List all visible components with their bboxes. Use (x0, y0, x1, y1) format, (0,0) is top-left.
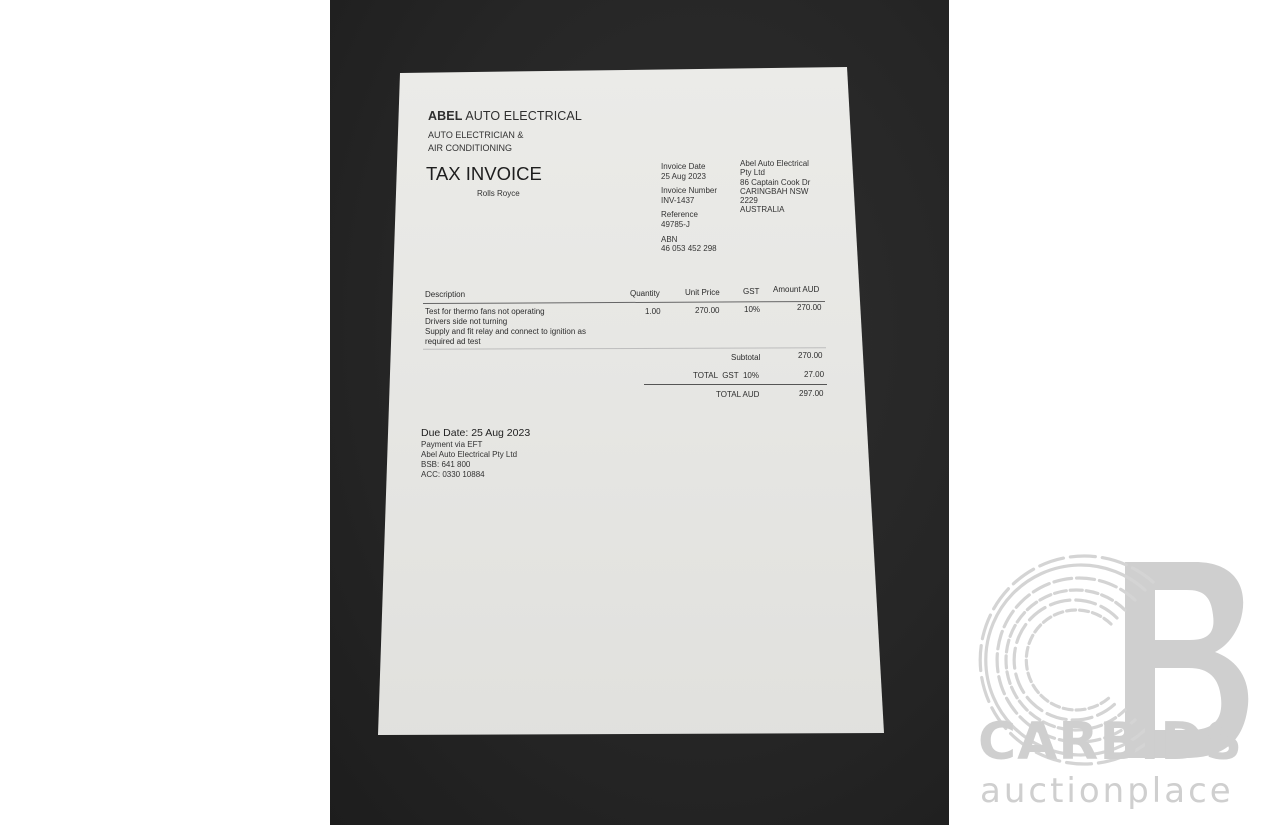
total-divider (644, 384, 827, 385)
col-header-amount: Amount AUD (773, 285, 819, 294)
gst-total-label: TOTAL GST 10% (693, 371, 759, 380)
company-name-rest: AUTO ELECTRICAL (465, 109, 582, 123)
gst-total-value: 27.00 (804, 370, 824, 379)
col-header-quantity: Quantity (630, 289, 660, 298)
table-row-quantity: 1.00 (645, 307, 661, 316)
invoice-number: INV-1437 (661, 196, 694, 205)
reference-label: Reference (661, 210, 698, 219)
col-header-description: Description (425, 290, 465, 299)
subtotal-value: 270.00 (798, 351, 822, 360)
table-row-unit-price: 270.00 (695, 306, 719, 315)
due-date: Due Date: 25 Aug 2023 (421, 427, 530, 439)
company-tagline-2: AIR CONDITIONING (428, 143, 512, 153)
payment-method: Payment via EFT (421, 440, 482, 449)
company-name-bold: ABEL (428, 109, 462, 123)
total-value: 297.00 (799, 389, 823, 398)
col-header-gst: GST (743, 287, 759, 296)
total-label: TOTAL AUD (716, 390, 759, 399)
document-title: TAX INVOICE (426, 163, 542, 185)
address-line: CARINGBAH NSW (740, 187, 810, 196)
row-divider (423, 347, 826, 349)
abn-label: ABN (661, 235, 677, 244)
supplier-address: Abel Auto Electrical Pty Ltd 86 Captain … (740, 159, 810, 215)
payment-acc: ACC: 0330 10884 (421, 470, 485, 479)
payment-bsb: BSB: 641 800 (421, 460, 470, 469)
description-line: required ad test (425, 337, 586, 347)
invoice-date-label: Invoice Date (661, 162, 705, 171)
address-line: Abel Auto Electrical (740, 159, 810, 168)
table-row-gst: 10% (744, 305, 760, 314)
address-line: AUSTRALIA (740, 205, 810, 214)
table-row-amount: 270.00 (797, 303, 821, 312)
invoice-date: 25 Aug 2023 (661, 172, 706, 181)
company-tagline-1: AUTO ELECTRICIAN & (428, 130, 523, 140)
subtotal-label: Subtotal (731, 353, 760, 362)
description-line: Supply and fit relay and connect to igni… (425, 327, 586, 337)
header-divider (423, 301, 825, 304)
payment-account-name: Abel Auto Electrical Pty Ltd (421, 450, 517, 459)
customer-name: Rolls Royce (477, 189, 520, 198)
description-line: Drivers side not turning (425, 317, 586, 327)
watermark-brand: CARBIDS (978, 712, 1243, 772)
reference-value: 49785-J (661, 220, 690, 229)
watermark-subtitle: auctionplace (980, 771, 1234, 811)
address-line: 2229 (740, 196, 810, 205)
company-name: ABEL AUTO ELECTRICAL (428, 109, 582, 123)
address-line: Pty Ltd (740, 168, 810, 177)
col-header-unit-price: Unit Price (685, 288, 720, 297)
address-line: 86 Captain Cook Dr (740, 178, 810, 187)
description-line: Test for thermo fans not operating (425, 307, 586, 317)
table-row-description: Test for thermo fans not operating Drive… (425, 307, 586, 347)
invoice-number-label: Invoice Number (661, 186, 717, 195)
abn-value: 46 053 452 298 (661, 244, 717, 253)
